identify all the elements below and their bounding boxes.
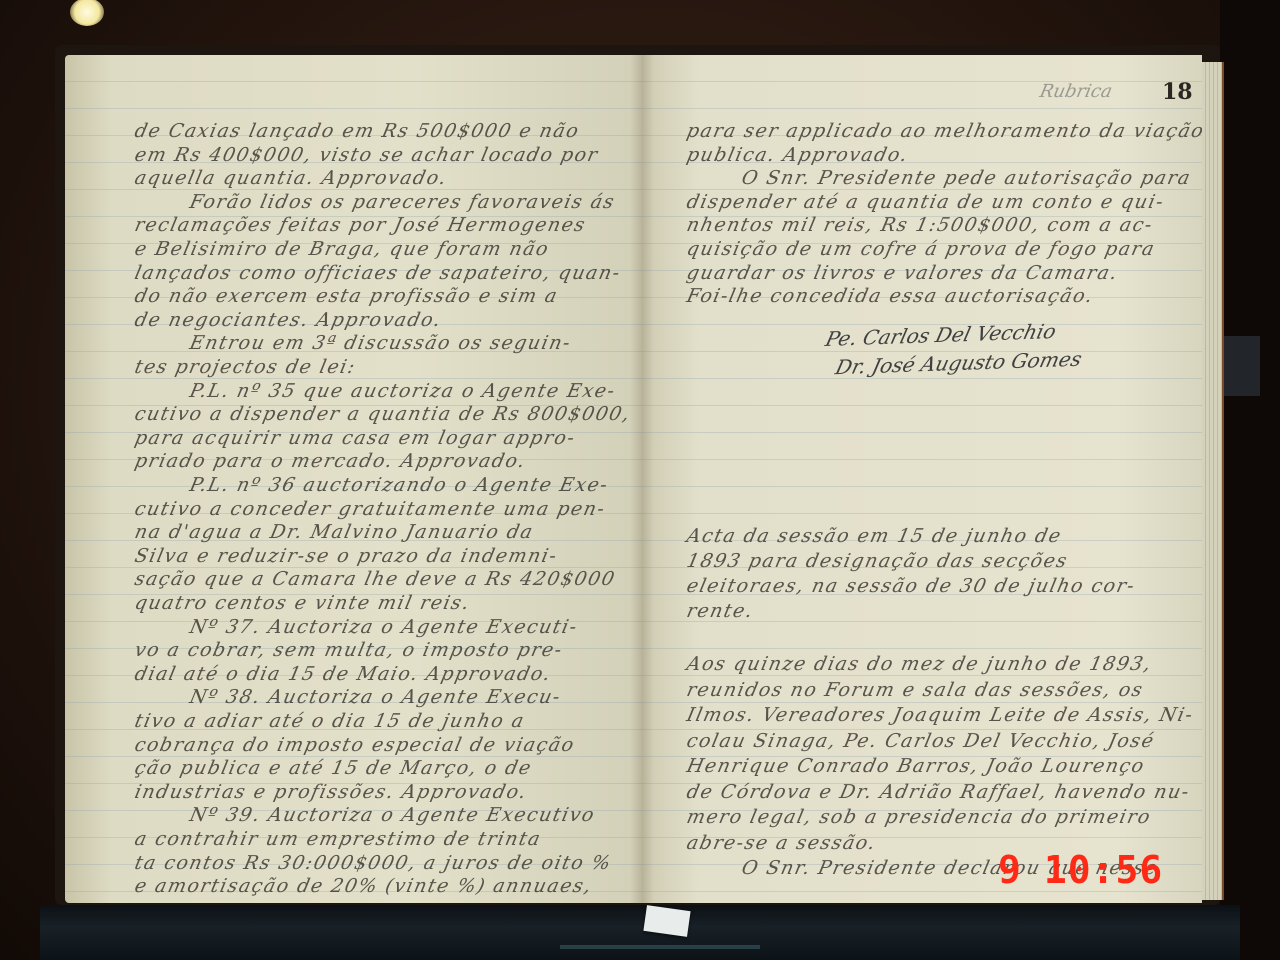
handwritten-line: em Rs 400$000, visto se achar locado por — [133, 144, 601, 166]
handwritten-line: rente. — [685, 600, 756, 622]
handwritten-line: quatro centos e vinte mil reis. — [133, 592, 473, 614]
right-page: Rubrica 18 para ser applicado ao melhora… — [642, 55, 1202, 903]
handwritten-line: abre-se a sessão. — [685, 832, 879, 854]
camera-timestamp: 910:56 — [998, 848, 1163, 892]
handwritten-line: tes projectos de lei: — [133, 356, 358, 378]
handwritten-line: Silva e reduzir-se o prazo da indemni- — [133, 545, 560, 567]
handwritten-line: colau Sinaga, Pe. Carlos Del Vecchio, Jo… — [685, 730, 1157, 752]
handwritten-line: cutivo a conceder gratuitamente uma pen- — [133, 498, 608, 520]
handwritten-line: guardar os livros e valores da Camara. — [685, 262, 1121, 284]
handwritten-line: Acta da sessão em 15 de junho de — [685, 525, 1064, 547]
handwritten-line: publica. Approvado. — [685, 144, 911, 166]
handwritten-line: tivo a adiar até o dia 15 de junho a — [133, 710, 527, 732]
handwritten-line: P.L. nº 35 que auctoriza o Agente Exe- — [133, 380, 618, 402]
timestamp-day: 9 — [998, 848, 1022, 892]
handwritten-line: aquella quantia. Approvado. — [133, 167, 450, 189]
handwritten-line: Nº 39. Auctoriza o Agente Executivo — [133, 804, 598, 826]
handwritten-line: de Córdova e Dr. Adrião Raffael, havendo… — [685, 781, 1193, 803]
handwritten-line: ta contos Rs 30:000$000, a juros de oito… — [133, 852, 614, 874]
handwritten-line: Aos quinze dias do mez de junho de 1893, — [685, 653, 1154, 675]
handwritten-line: para ser applicado ao melhoramento da vi… — [685, 120, 1207, 142]
background-object — [1220, 336, 1260, 396]
handwritten-line: de negociantes. Approvado. — [133, 309, 444, 331]
handwritten-line: nhentos mil reis, Rs 1:500$000, com a ac… — [685, 214, 1156, 236]
handwritten-line: Henrique Conrado Barros, João Lourenço — [685, 755, 1147, 777]
handwritten-line: e Belisimiro de Braga, que foram não — [133, 238, 552, 260]
lamp-light — [70, 0, 104, 26]
handwritten-line: cutivo a dispender a quantia de Rs 800$0… — [133, 403, 633, 425]
book-gutter — [630, 55, 654, 903]
handwritten-line: de Caxias lançado em Rs 500$000 e não — [133, 120, 582, 142]
handwritten-line: ção publica e até 15 de Março, o de — [133, 757, 534, 779]
handwritten-line: eleitoraes, na sessão de 30 de julho cor… — [685, 575, 1138, 597]
left-page-text: de Caxias lançado em Rs 500$000 e nãoem … — [65, 55, 642, 903]
handwritten-line: Forão lidos os pareceres favoraveis ás — [133, 191, 618, 213]
handwritten-line: Ilmos. Vereadores Joaquim Leite de Assis… — [685, 704, 1196, 726]
handwritten-line: quisição de um cofre á prova de fogo par… — [685, 238, 1158, 260]
handwritten-line: na d'agua a Dr. Malvino Januario da — [133, 521, 536, 543]
dark-background-right — [1220, 0, 1280, 960]
handwritten-line: Entrou em 3ª discussão os seguin- — [133, 332, 574, 354]
handwritten-line: priado para o mercado. Approvado. — [133, 450, 528, 472]
handwritten-line: mero legal, sob a presidencia do primeir… — [685, 806, 1154, 828]
handwritten-line: a contrahir um emprestimo de trinta — [133, 828, 544, 850]
handwritten-line: O Snr. Presidente pede autorisação para — [685, 167, 1194, 189]
handwritten-line: lançados como officiaes de sapateiro, qu… — [133, 262, 623, 284]
handwritten-line: do não exercem esta profissão e sim a — [133, 285, 561, 307]
handwritten-line: Foi-lhe concedida essa auctorisação. — [685, 285, 1096, 307]
handwritten-line: reunidos no Forum e sala das sessões, os — [685, 679, 1146, 701]
handwritten-line: cobrança do imposto especial de viação — [133, 734, 577, 756]
handwritten-line: vo a cobrar, sem multa, o imposto pre- — [133, 639, 565, 661]
handwritten-line: reclamações feitas por José Hermogenes — [133, 214, 588, 236]
handwritten-line: dispender até a quantia de um conto e qu… — [685, 191, 1167, 213]
page-edges — [1202, 62, 1224, 900]
timestamp-time: 10:56 — [1044, 848, 1163, 892]
handwritten-line: sação que a Camara lhe deve a Rs 420$000 — [133, 568, 618, 590]
handwritten-line: e amortisação de 20% (vinte %) annuaes, — [133, 875, 595, 897]
handwritten-line: para acquirir uma casa em logar appro- — [133, 427, 578, 449]
handwritten-line: Nº 37. Auctoriza o Agente Executi- — [133, 616, 580, 638]
display-shelf — [40, 905, 1240, 960]
handwritten-line: industrias e profissões. Approvado. — [133, 781, 530, 803]
left-page: de Caxias lançado em Rs 500$000 e nãoem … — [65, 55, 642, 903]
shelf-reflection — [560, 945, 760, 949]
handwritten-line: P.L. nº 36 auctorizando o Agente Exe- — [133, 474, 611, 496]
handwritten-line: 1893 para designação das secções — [685, 550, 1070, 572]
handwritten-line: Nº 38. Auctoriza o Agente Execu- — [133, 686, 564, 708]
right-page-text: para ser applicado ao melhoramento da vi… — [642, 55, 1202, 903]
handwritten-line: dial até o dia 15 de Maio. Approvado. — [133, 663, 554, 685]
